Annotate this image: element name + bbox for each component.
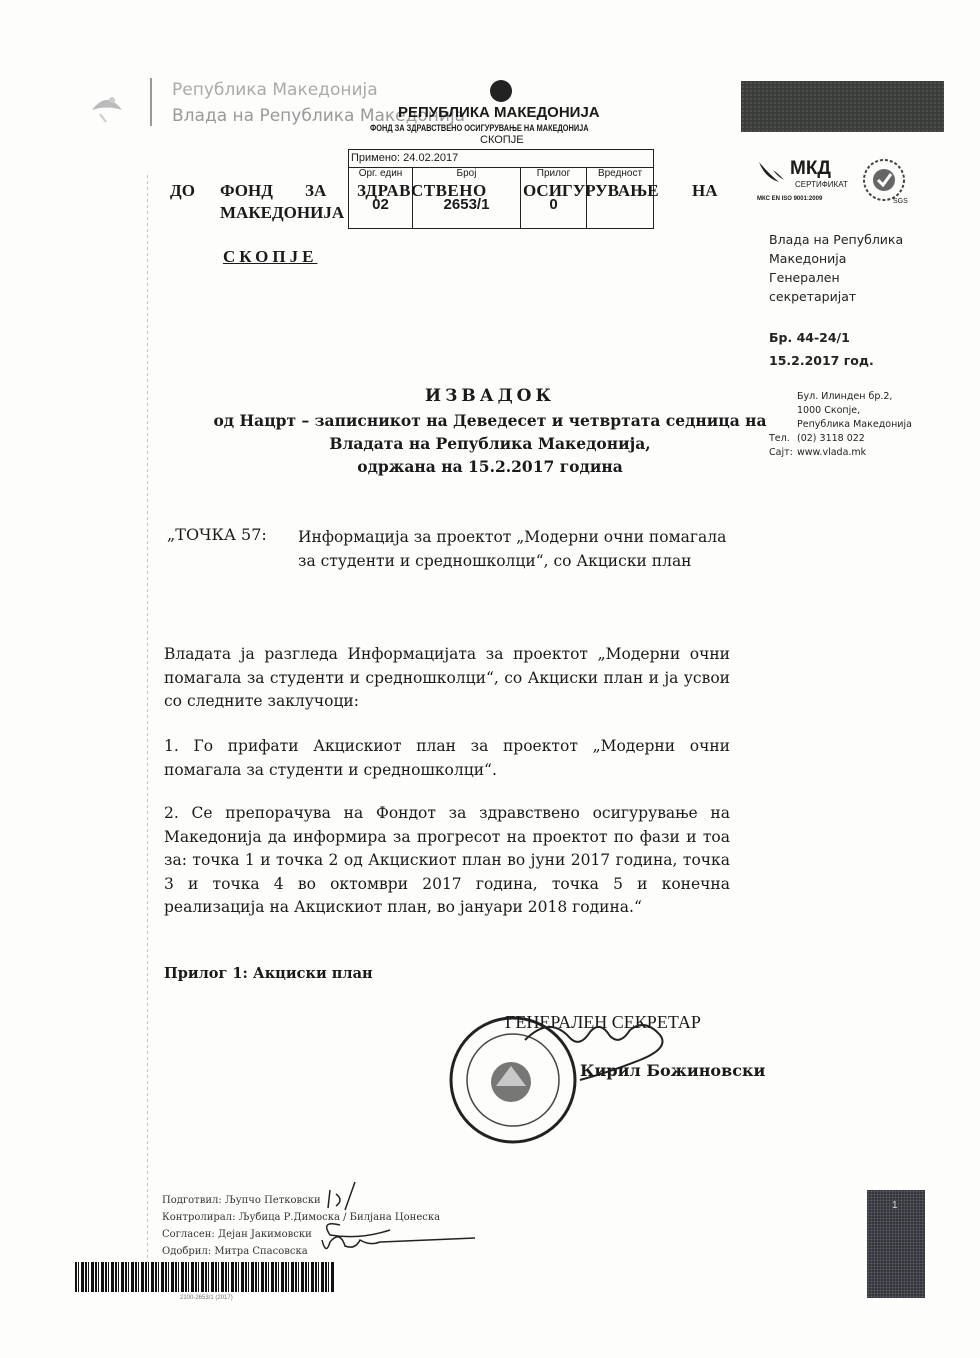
conclusion-2: 2. Се препорачува на Фондот за здравстве… bbox=[164, 802, 730, 920]
document-subtitle: одржана на 15.2.2017 година bbox=[150, 457, 830, 476]
stamp-subtitle: ФОНД ЗА ЗДРАВСТВЕНО ОСИГУРУВАЊЕ НА МАКЕД… bbox=[370, 123, 589, 133]
mkd-leaf-icon bbox=[757, 160, 785, 184]
stamp-city: СКОПЈЕ bbox=[480, 134, 524, 146]
cert-sub: СЕРТИФИКАТ bbox=[795, 180, 848, 189]
addressee-city: СКОПЈЕ bbox=[223, 247, 317, 267]
document-title: ИЗВАДОК bbox=[150, 386, 830, 406]
letterhead-country: Република Македонија bbox=[172, 80, 378, 100]
addressee-country: МАКЕДОНИЈА bbox=[220, 203, 344, 223]
coat-of-arms-icon bbox=[82, 80, 132, 130]
stamp-emblem-icon bbox=[490, 80, 512, 102]
letterhead-divider bbox=[150, 78, 152, 126]
cert-brand: МКД bbox=[790, 158, 831, 180]
item-text: Информација за проектот „Модерни очни по… bbox=[298, 525, 738, 573]
addressee-health: ЗДРАВСТВЕНО bbox=[357, 181, 487, 201]
reference-number: Бр. 44-24/1 bbox=[769, 330, 850, 345]
addressee-to: ДО bbox=[170, 181, 195, 201]
page-number: 1 bbox=[892, 1200, 898, 1211]
cert-standard: МКС EN ISO 9001:2009 bbox=[757, 196, 822, 202]
attachment-note: Прилог 1: Акциски план bbox=[164, 965, 373, 982]
addressee-fond: ФОНД bbox=[220, 181, 273, 201]
conclusion-1: 1. Го прифати Акцискиот план за проектот… bbox=[164, 735, 730, 782]
barcode-text: 2100-2653/1 (2017) bbox=[180, 1295, 233, 1301]
document-subtitle: Владата на Република Македонија, bbox=[150, 434, 830, 453]
document-subtitle: од Нацрт – записникот на Деведесет и чет… bbox=[150, 411, 830, 430]
sgs-seal-icon bbox=[862, 158, 906, 202]
margin-line bbox=[147, 175, 148, 1275]
item-label: „ТОЧКА 57: bbox=[167, 525, 267, 544]
redacted-block bbox=[741, 81, 944, 132]
initials-signatures bbox=[300, 1180, 480, 1260]
stamp-received-date: Примено: 24.02.2017 bbox=[349, 150, 653, 168]
sgs-label: SGS bbox=[893, 198, 908, 205]
document-date: 15.2.2017 год. bbox=[769, 353, 874, 368]
addressee-za: ЗА bbox=[305, 181, 326, 201]
addressee-na: НА bbox=[692, 181, 718, 201]
sender-organization: Влада на Република Македонија Генерален … bbox=[769, 230, 903, 306]
body-paragraph: Владата ја разгледа Информацијата за про… bbox=[164, 643, 730, 714]
handwritten-signature bbox=[520, 1010, 700, 1090]
barcode bbox=[75, 1262, 335, 1292]
stamp-title: РЕПУБЛИКА МАКЕДОНИЈА bbox=[398, 104, 600, 121]
addressee-insurance: ОСИГУРУВАЊЕ bbox=[523, 181, 659, 201]
